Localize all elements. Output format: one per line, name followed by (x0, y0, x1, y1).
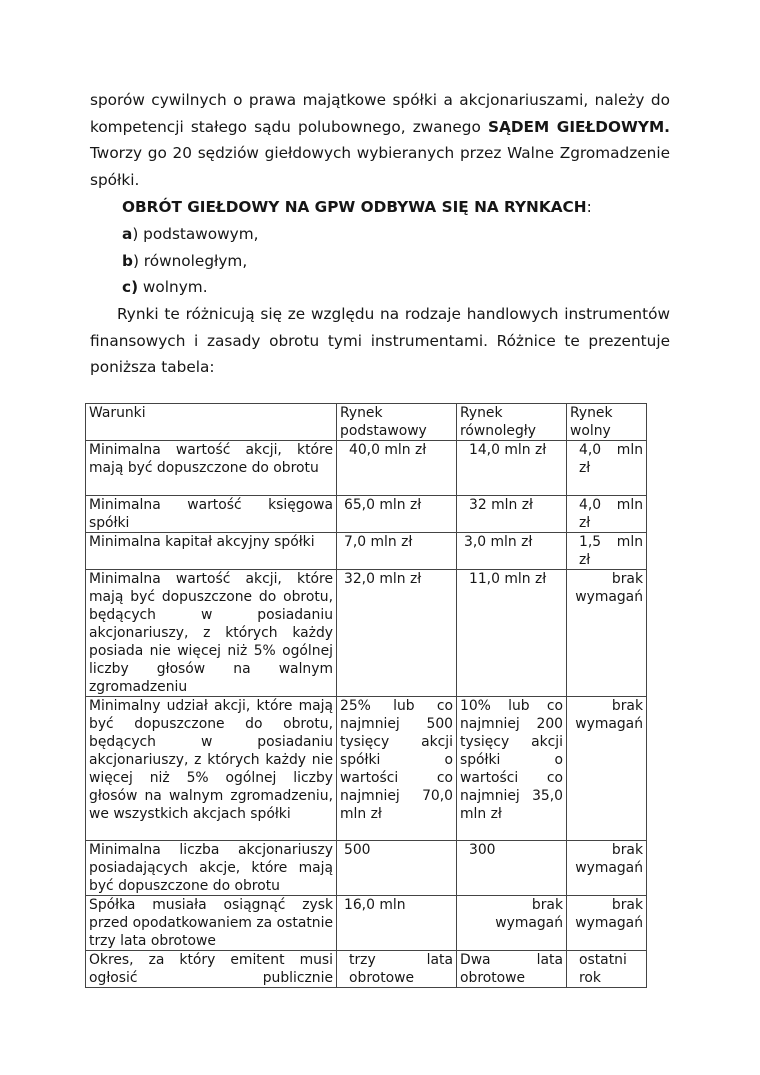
text-line: kompetencji stałego sądu polubownego, zw… (90, 114, 670, 141)
table-cell: brak wymagań (567, 570, 647, 697)
text-span: kompetencji stałego sądu polubownego, zw… (90, 118, 488, 136)
table-cell: 300 (457, 841, 567, 896)
table-cell: 32 mln zł (457, 496, 567, 533)
paragraph-court: sporów cywilnych o prawa majątkowe spółk… (90, 87, 670, 194)
table-cell: Minimalna wartość akcji, które mają być … (86, 441, 337, 496)
table-cell: 7,0 mln zł (337, 533, 457, 570)
table-cell: 14,0 mln zł (457, 441, 567, 496)
table-row: Minimalna wartość akcji, które mają być … (86, 570, 647, 697)
heading-text: OBRÓT GIEŁDOWY NA GPW ODBYWA SIĘ NA RYNK… (122, 198, 587, 216)
list-text: podstawowym, (138, 225, 258, 243)
table-cell: 10% lub co najmniej 200 tysięcy akcji sp… (457, 697, 567, 841)
table-cell: 32,0 mln zł (337, 570, 457, 697)
list-marker: b (122, 252, 133, 270)
header-cell: Rynek równoległy (457, 404, 567, 441)
market-list: a) podstawowym, b) równoległym, c) wolny… (122, 221, 258, 301)
table-cell: brak wymagań (567, 697, 647, 841)
table-cell: 11,0 mln zł (457, 570, 567, 697)
table-cell: brak wymagań (567, 896, 647, 951)
header-cell: Rynek wolny (567, 404, 647, 441)
list-text: równoległym, (139, 252, 247, 270)
list-item: c) wolnym. (122, 274, 258, 301)
table-row: Minimalny udział akcji, które mają być d… (86, 697, 647, 841)
document-page: sporów cywilnych o prawa majątkowe spółk… (0, 0, 760, 1075)
table-cell: Spółka musiała osiągnąć zysk przed opoda… (86, 896, 337, 951)
table-cell: 3,0 mln zł (457, 533, 567, 570)
market-conditions-table: Warunki Rynek podstawowy Rynek równoległ… (85, 403, 647, 988)
list-item: b) równoległym, (122, 248, 258, 275)
table-cell: 65,0 mln zł (337, 496, 457, 533)
list-marker: a (122, 225, 132, 243)
table-row: Okres, za który emitent musi ogłosić pub… (86, 951, 647, 988)
table-cell: Minimalna wartość akcji, które mają być … (86, 570, 337, 697)
table-cell: 25% lub co najmniej 500 tysięcy akcji sp… (337, 697, 457, 841)
table-cell: 40,0 mln zł (337, 441, 457, 496)
text-line: finansowych i zasady obrotu tymi instrum… (90, 328, 670, 355)
table-row: Minimalna liczba akcjonariuszy posiadają… (86, 841, 647, 896)
list-text: wolnym. (138, 278, 208, 296)
paragraph-markets: Rynki te różnicują się ze względu na rod… (90, 301, 670, 381)
table-row: Minimalna kapitał akcyjny spółki 7,0 mln… (86, 533, 647, 570)
list-marker: c) (122, 278, 138, 296)
table-cell: trzy lata obrotowe (337, 951, 457, 988)
table-row: Minimalna wartość księgowa spółki 65,0 m… (86, 496, 647, 533)
table-cell: Minimalna kapitał akcyjny spółki (86, 533, 337, 570)
header-cell: Rynek podstawowy (337, 404, 457, 441)
table-cell: brak wymagań (457, 896, 567, 951)
header-cell: Warunki (86, 404, 337, 441)
table-cell: 4,0 mln zł (567, 496, 647, 533)
table-cell: 4,0 mln zł (567, 441, 647, 496)
table-row: Minimalna wartość akcji, które mają być … (86, 441, 647, 496)
heading-colon: : (587, 198, 592, 216)
table-header-row: Warunki Rynek podstawowy Rynek równoległ… (86, 404, 647, 441)
text-line: Rynki te różnicują się ze względu na rod… (90, 301, 670, 328)
text-line: poniższa tabela: (90, 354, 670, 381)
text-line: Tworzy go 20 sędziów giełdowych wybieran… (90, 140, 670, 167)
text-line: spółki. (90, 167, 670, 194)
table-cell: ostatni rok (567, 951, 647, 988)
table-cell: Minimalna wartość księgowa spółki (86, 496, 337, 533)
table-cell: Dwa lata obrotowe (457, 951, 567, 988)
table-cell: Minimalna liczba akcjonariuszy posiadają… (86, 841, 337, 896)
table-cell: Okres, za który emitent musi ogłosić pub… (86, 951, 337, 988)
list-item: a) podstawowym, (122, 221, 258, 248)
bold-term: SĄDEM GIEŁDOWYM. (488, 118, 670, 136)
table-cell: 500 (337, 841, 457, 896)
table-cell: 16,0 mln (337, 896, 457, 951)
section-heading: OBRÓT GIEŁDOWY NA GPW ODBYWA SIĘ NA RYNK… (122, 194, 592, 221)
table-cell: brak wymagań (567, 841, 647, 896)
table-row: Spółka musiała osiągnąć zysk przed opoda… (86, 896, 647, 951)
text-line: sporów cywilnych o prawa majątkowe spółk… (90, 87, 670, 114)
table-cell: Minimalny udział akcji, które mają być d… (86, 697, 337, 841)
table-cell: 1,5 mln zł (567, 533, 647, 570)
